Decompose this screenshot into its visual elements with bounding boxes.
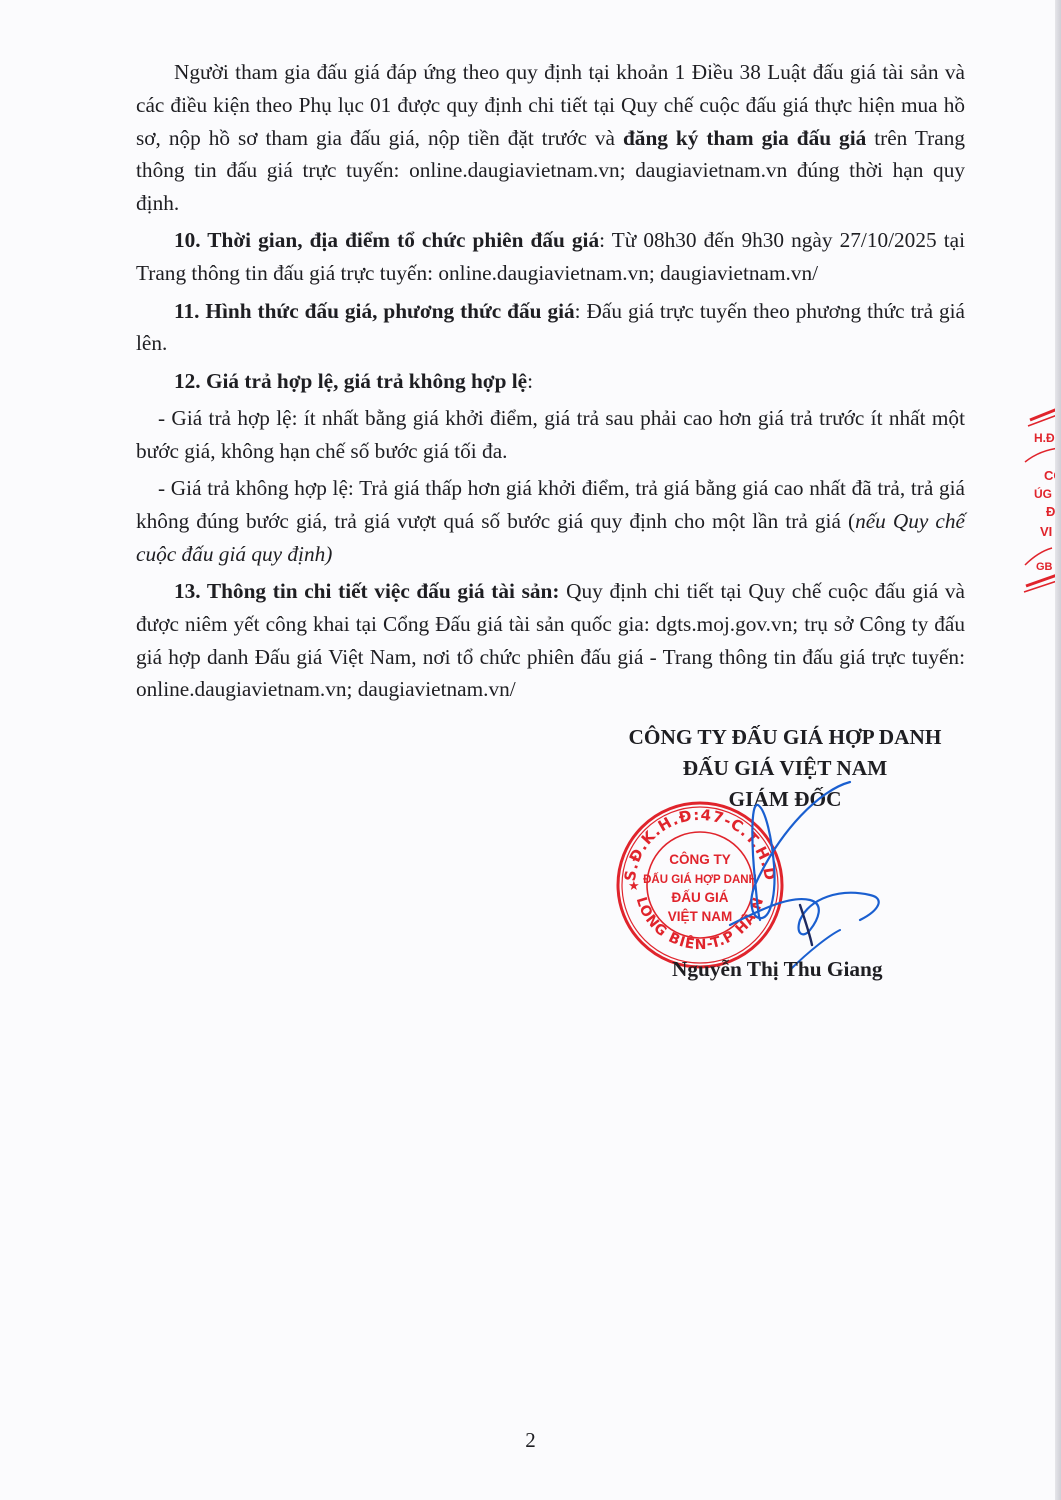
bold-text: đăng ký tham gia đấu giá <box>623 126 866 150</box>
company-name-line1: CÔNG TY ĐẤU GIÁ HỢP DANH <box>600 722 970 753</box>
invalid-bid-item: - Giá trả không hợp lệ: Trả giá thấp hơn… <box>136 472 965 570</box>
svg-text:H.Đ: H.Đ <box>1034 431 1055 445</box>
svg-text:VI: VI <box>1040 524 1052 539</box>
section-heading: 12. Giá trả hợp lệ, giá trả không hợp lệ <box>174 369 527 393</box>
section-11: 11. Hình thức đấu giá, phương thức đấu g… <box>136 295 965 361</box>
scan-edge <box>1055 0 1061 1500</box>
handwritten-signature-icon <box>700 770 900 970</box>
document-page: Người tham gia đấu giá đáp ứng theo quy … <box>0 0 1061 1500</box>
paragraph-intro: Người tham gia đấu giá đáp ứng theo quy … <box>136 56 965 220</box>
text-run: - Giá trả không hợp lệ: Trả giá thấp hơn… <box>136 476 965 533</box>
signer-name: Nguyễn Thị Thu Giang <box>672 957 883 982</box>
section-heading: 10. Thời gian, địa điểm tổ chức phiên đấ… <box>174 228 599 252</box>
document-body: Người tham gia đấu giá đáp ứng theo quy … <box>136 56 965 711</box>
valid-bid-item: - Giá trả hợp lệ: ít nhất bằng giá khởi … <box>136 402 965 468</box>
section-text: : <box>527 369 533 393</box>
section-10: 10. Thời gian, địa điểm tổ chức phiên đấ… <box>136 224 965 290</box>
svg-text:Đ: Đ <box>1046 504 1055 519</box>
section-heading: 13. Thông tin chi tiết việc đấu giá tài … <box>174 579 559 603</box>
svg-text:ÚG: ÚG <box>1034 486 1052 501</box>
svg-text:GB: GB <box>1036 561 1053 573</box>
svg-text:★: ★ <box>628 879 640 894</box>
section-12: 12. Giá trả hợp lệ, giá trả không hợp lệ… <box>136 365 965 398</box>
section-heading: 11. Hình thức đấu giá, phương thức đấu g… <box>174 299 575 323</box>
section-13: 13. Thông tin chi tiết việc đấu giá tài … <box>136 575 965 706</box>
page-number: 2 <box>0 1428 1061 1453</box>
